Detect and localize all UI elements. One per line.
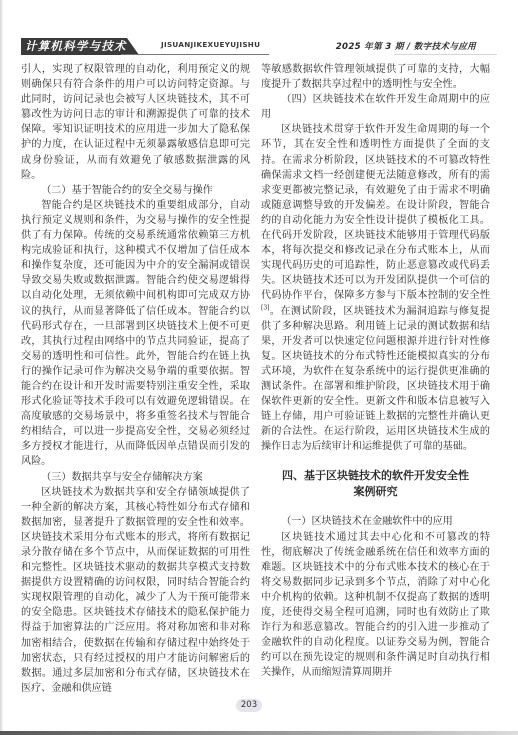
journal-title-banner: 计算机科学与技术 [21,38,139,55]
running-header: 计算机科学与技术 JISUANJIKEXUEYUJISHU 2025 年第 3 … [21,38,497,56]
journal-title: 计算机科学与技术 [25,39,127,53]
section-heading: 四、基于区块链技术的软件开发安全性 案例研究 [261,468,490,500]
paragraph-text: 。在测试阶段，区块链技术为漏洞追踪与修复提供了多种解决思路。利用链上记录的测试数… [261,306,490,453]
section-heading-line: 四、基于区块链技术的软件开发安全性 [261,468,490,484]
header-rule-right [394,54,497,55]
header-rule-left [121,54,269,55]
paragraph: 智能合约是区块链技术的重要组成部分，自动执行预定义规则和条件，为交易与操作的安全… [21,198,250,470]
right-column: 等敏感数据软件管理领域提供了可靠的支持，大幅度提升了数据共享过程中的透明性与安全… [261,62,490,680]
section-heading-line: 案例研究 [261,484,490,500]
subsection-heading: （三）数据共享与安全存储解决方案 [21,470,250,485]
subsection-heading: （一）区块链技术在金融软件中的应用 [261,514,490,529]
subsection-heading: （二）基于智能合约的安全交易与操作 [21,183,250,198]
citation-ref[interactable]: [3] [261,304,270,311]
page-number: 203 [236,699,262,712]
subsection-heading: （四）区块链技术在软件开发生命周期中的应用 [261,92,490,122]
paragraph: 等敏感数据软件管理领域提供了可靠的支持，大幅度提升了数据共享过程中的透明性与安全… [261,62,490,92]
paragraph-text: 区块链技术贯穿于软件开发生命周期的每一个环节，其在安全性和透明性方面提供了全面的… [261,124,490,301]
page-edge-shadow [0,0,3,735]
issue-info: 2025 年第 3 期 / 数字技术与应用 [336,40,476,52]
journal-pinyin: JISUANJIKEXUEYUJISHU [161,40,260,49]
left-column: 引人，实现了权限管理的自动化，利用预定义的规则确保只有符合条件的用户可以访问特定… [21,62,250,696]
paragraph: 区块链技术为数据共享和安全存储领域提供了一种全新的解决方案，其核心特性如分布式存… [21,485,250,696]
page-edge-bottom [0,731,518,735]
paragraph: 区块链技术通过其去中心化和不可篡改的特性，彻底解决了传统金融系统在信任和效率方面… [261,530,490,681]
paragraph: 引人，实现了权限管理的自动化，利用预定义的规则确保只有符合条件的用户可以访问特定… [21,62,250,183]
paragraph: 区块链技术贯穿于软件开发生命周期的每一个环节，其在安全性和透明性方面提供了全面的… [261,122,490,454]
